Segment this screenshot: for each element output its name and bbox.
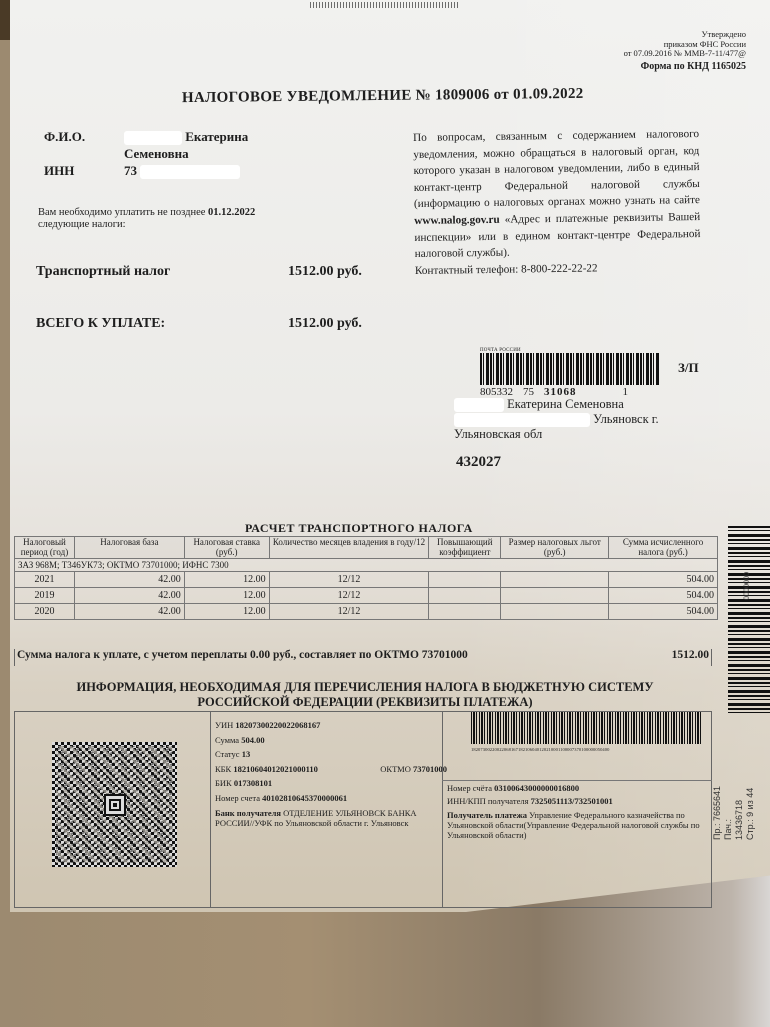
inn-label: ИНН xyxy=(44,162,124,179)
side-barcode-label: 0000000 xyxy=(742,572,751,600)
tax-line-transport: Транспортный налог 1512.00 руб. xyxy=(36,264,170,280)
requisites-right: Номер счёта 03100643000000016800 ИНН/КПП… xyxy=(447,782,709,840)
redacted-surname xyxy=(124,131,182,145)
postal-barcode xyxy=(480,353,660,385)
zp-mark: З/П xyxy=(678,360,699,376)
recipient-inn-kpp: 7325051113/732501001 xyxy=(531,796,613,806)
table-row: 202142.0012.0012/12504.00 xyxy=(15,572,718,588)
postal-barcode-block: ПОЧТА РОССИИ 805332 75 31068 1 xyxy=(480,348,660,398)
inn-visible: 73 xyxy=(124,163,137,178)
cell-months: 12/12 xyxy=(269,604,429,620)
col-sum: Сумма исчисленного налога (руб.) xyxy=(609,537,718,559)
payment-due-text: Вам необходимо уплатить не позднее 01.12… xyxy=(38,207,255,231)
col-months: Количество месяцев владения в году/12 xyxy=(269,537,429,559)
recipient-address: Екатерина Семеновна Ульяновск г. Ульянов… xyxy=(454,397,659,442)
approval-header: Утверждено приказом ФНС России от 07.09.… xyxy=(624,30,746,71)
vehicle-info: ЗАЗ 968М; Т346УК73; ОКТМО 73701000; ИФНС… xyxy=(15,559,718,572)
cell-rate: 12.00 xyxy=(184,588,269,604)
table-row: 202042.0012.0012/12504.00 xyxy=(15,604,718,620)
requisites-left: УИН 18207300220022068167 Сумма 504.00 Ст… xyxy=(215,718,447,828)
top-barcode-strip xyxy=(310,2,460,8)
cell-coef xyxy=(429,588,501,604)
col-rate: Налоговая ставка (руб.) xyxy=(184,537,269,559)
oktmo-summary: Сумма налога к уплате, с учетом переплат… xyxy=(14,649,712,666)
col-benefit: Размер налоговых льгот (руб.) xyxy=(501,537,609,559)
col-period: Налоговый период (год) xyxy=(15,537,75,559)
payment-barcode xyxy=(471,712,701,744)
total-label: ВСЕГО К УПЛАТЕ: xyxy=(36,316,165,332)
cell-benefit xyxy=(501,604,609,620)
cell-base: 42.00 xyxy=(74,604,184,620)
zip-code: 432027 xyxy=(456,454,501,471)
total-line: ВСЕГО К УПЛАТЕ: 1512.00 руб. xyxy=(36,316,165,332)
bank-account: 40102810645370000061 xyxy=(262,793,347,803)
cell-rate: 12.00 xyxy=(184,604,269,620)
website-link: www.nalog.gov.ru xyxy=(414,214,500,227)
cell-rate: 12.00 xyxy=(184,572,269,588)
cell-sum: 504.00 xyxy=(609,588,718,604)
cell-year: 2020 xyxy=(15,604,75,620)
recipient-account: 03100643000000016800 xyxy=(494,783,579,793)
col-coef: Повышающий коэффициент xyxy=(429,537,501,559)
contact-info: По вопросам, связанным с содержанием нал… xyxy=(413,126,701,279)
cell-base: 42.00 xyxy=(74,588,184,604)
tax-name: Транспортный налог xyxy=(36,264,170,280)
taxpayer-info: Ф.И.О. Екатерина Семеновна ИНН 73 xyxy=(44,128,248,179)
cell-sum: 504.00 xyxy=(609,604,718,620)
kbk: 18210604012021000110 xyxy=(233,764,318,774)
form-knd: Форма по КНД 1165025 xyxy=(624,62,746,72)
requisites-title: ИНФОРМАЦИЯ, НЕОБХОДИМАЯ ДЛЯ ПЕРЕЧИСЛЕНИЯ… xyxy=(50,680,680,710)
cell-benefit xyxy=(501,572,609,588)
cell-sum: 504.00 xyxy=(609,572,718,588)
print-metadata: Пр.: 7665641 Пач.: 13436718 Стр.: 9 из 4… xyxy=(712,782,756,840)
cell-base: 42.00 xyxy=(74,572,184,588)
payment-sum: 504.00 xyxy=(241,735,264,745)
redacted-surname-address xyxy=(454,398,504,412)
uin: 18207300220022068167 xyxy=(235,720,320,730)
fio-first-name: Екатерина xyxy=(185,129,248,144)
cell-year: 2019 xyxy=(15,588,75,604)
cell-coef xyxy=(429,572,501,588)
table-row: 201942.0012.0012/12504.00 xyxy=(15,588,718,604)
bik: 017308101 xyxy=(234,778,272,788)
payment-requisites: УИН 18207300220022068167 Сумма 504.00 Ст… xyxy=(14,711,712,908)
cell-year: 2021 xyxy=(15,572,75,588)
summary-amount: 1512.00 xyxy=(672,649,709,666)
qr-code xyxy=(52,742,177,867)
approved-line-3: от 07.09.2016 № ММВ-7-11/477@ xyxy=(624,49,746,59)
summary-text: Сумма налога к уплате, с учетом переплат… xyxy=(17,649,468,666)
redacted-inn xyxy=(140,165,240,179)
total-amount: 1512.00 руб. xyxy=(288,316,362,332)
payer-status: 13 xyxy=(242,749,251,759)
calculation-title: РАСЧЕТ ТРАНСПОРТНОГО НАЛОГА xyxy=(245,521,473,536)
calculation-table: Налоговый период (год) Налоговая база На… xyxy=(14,536,718,620)
cell-months: 12/12 xyxy=(269,588,429,604)
fio-label: Ф.И.О. xyxy=(44,128,124,145)
side-barcode xyxy=(728,526,770,716)
payment-barcode-digits: 1820730022002206816718210604012021000110… xyxy=(471,747,703,752)
fio-patronymic: Семеновна xyxy=(124,145,189,162)
cell-benefit xyxy=(501,588,609,604)
due-date: 01.12.2022 xyxy=(208,207,255,218)
tax-amount: 1512.00 руб. xyxy=(288,264,362,280)
redacted-street xyxy=(454,413,590,427)
cell-coef xyxy=(429,604,501,620)
cell-months: 12/12 xyxy=(269,572,429,588)
col-base: Налоговая база xyxy=(74,537,184,559)
